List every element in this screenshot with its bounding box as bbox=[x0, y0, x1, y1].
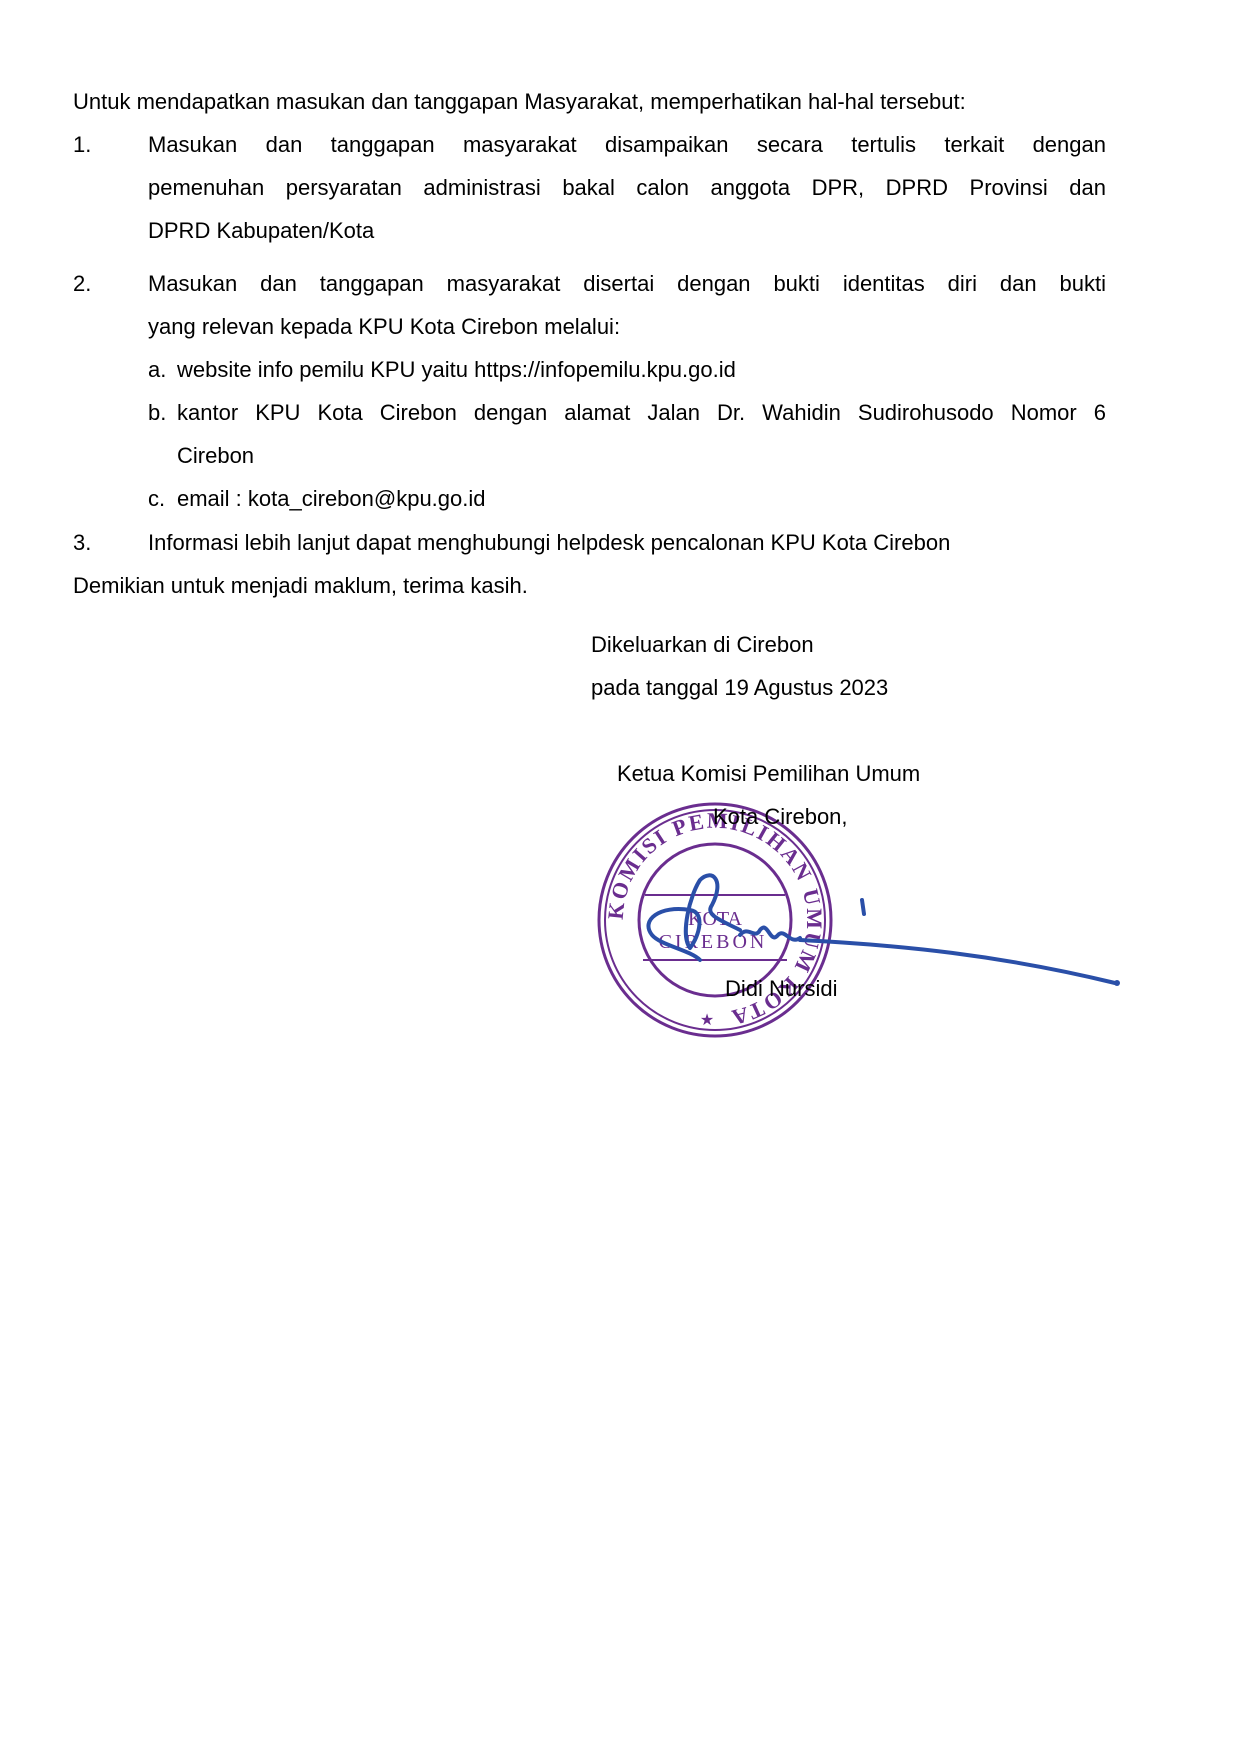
item-1-line-1: Masukan dan tanggapan masyarakat disampa… bbox=[148, 132, 1106, 158]
stamp-center-line-1: KOTA bbox=[688, 908, 743, 930]
subitem-b-line-2: Cirebon bbox=[177, 443, 254, 469]
intro-text: Untuk mendapatkan masukan dan tanggapan … bbox=[73, 89, 966, 115]
item-2-line-1: Masukan dan tanggapan masyarakat diserta… bbox=[148, 271, 1106, 297]
issuance-place: Dikeluarkan di Cirebon bbox=[591, 632, 814, 658]
item-1-line-3: DPRD Kabupaten/Kota bbox=[148, 218, 374, 244]
closing-text: Demikian untuk menjadi maklum, terima ka… bbox=[73, 573, 528, 599]
signatory-name: Didi Nursidi bbox=[725, 976, 837, 1002]
official-stamp: KOMISI PEMILIHAN UMUM KOTA KOTA CIREBON … bbox=[595, 800, 835, 1040]
signatory-title-line-1: Ketua Komisi Pemilihan Umum bbox=[617, 761, 920, 787]
item-2-number: 2. bbox=[73, 271, 91, 297]
item-1-line-2: pemenuhan persyaratan administrasi bakal… bbox=[148, 175, 1106, 201]
issuance-date: pada tanggal 19 Agustus 2023 bbox=[591, 675, 888, 701]
item-1-number: 1. bbox=[73, 132, 91, 158]
subitem-c-label: c. bbox=[148, 486, 165, 512]
signatory-title-line-2: Kota Cirebon, bbox=[713, 804, 848, 830]
subitem-b-label: b. bbox=[148, 400, 166, 426]
subitem-c-text: email : kota_cirebon@kpu.go.id bbox=[177, 486, 486, 512]
stamp-center-line-2: CIREBON bbox=[659, 931, 768, 953]
item-3-number: 3. bbox=[73, 530, 91, 556]
subitem-a-label: a. bbox=[148, 357, 166, 383]
item-2-line-2: yang relevan kepada KPU Kota Cirebon mel… bbox=[148, 314, 620, 340]
item-3-line-1: Informasi lebih lanjut dapat menghubungi… bbox=[148, 530, 950, 556]
stamp-star-icon: ★ bbox=[700, 1012, 714, 1029]
subitem-b-line-1: kantor KPU Kota Cirebon dengan alamat Ja… bbox=[177, 400, 1106, 426]
subitem-a-text: website info pemilu KPU yaitu https://in… bbox=[177, 357, 736, 383]
